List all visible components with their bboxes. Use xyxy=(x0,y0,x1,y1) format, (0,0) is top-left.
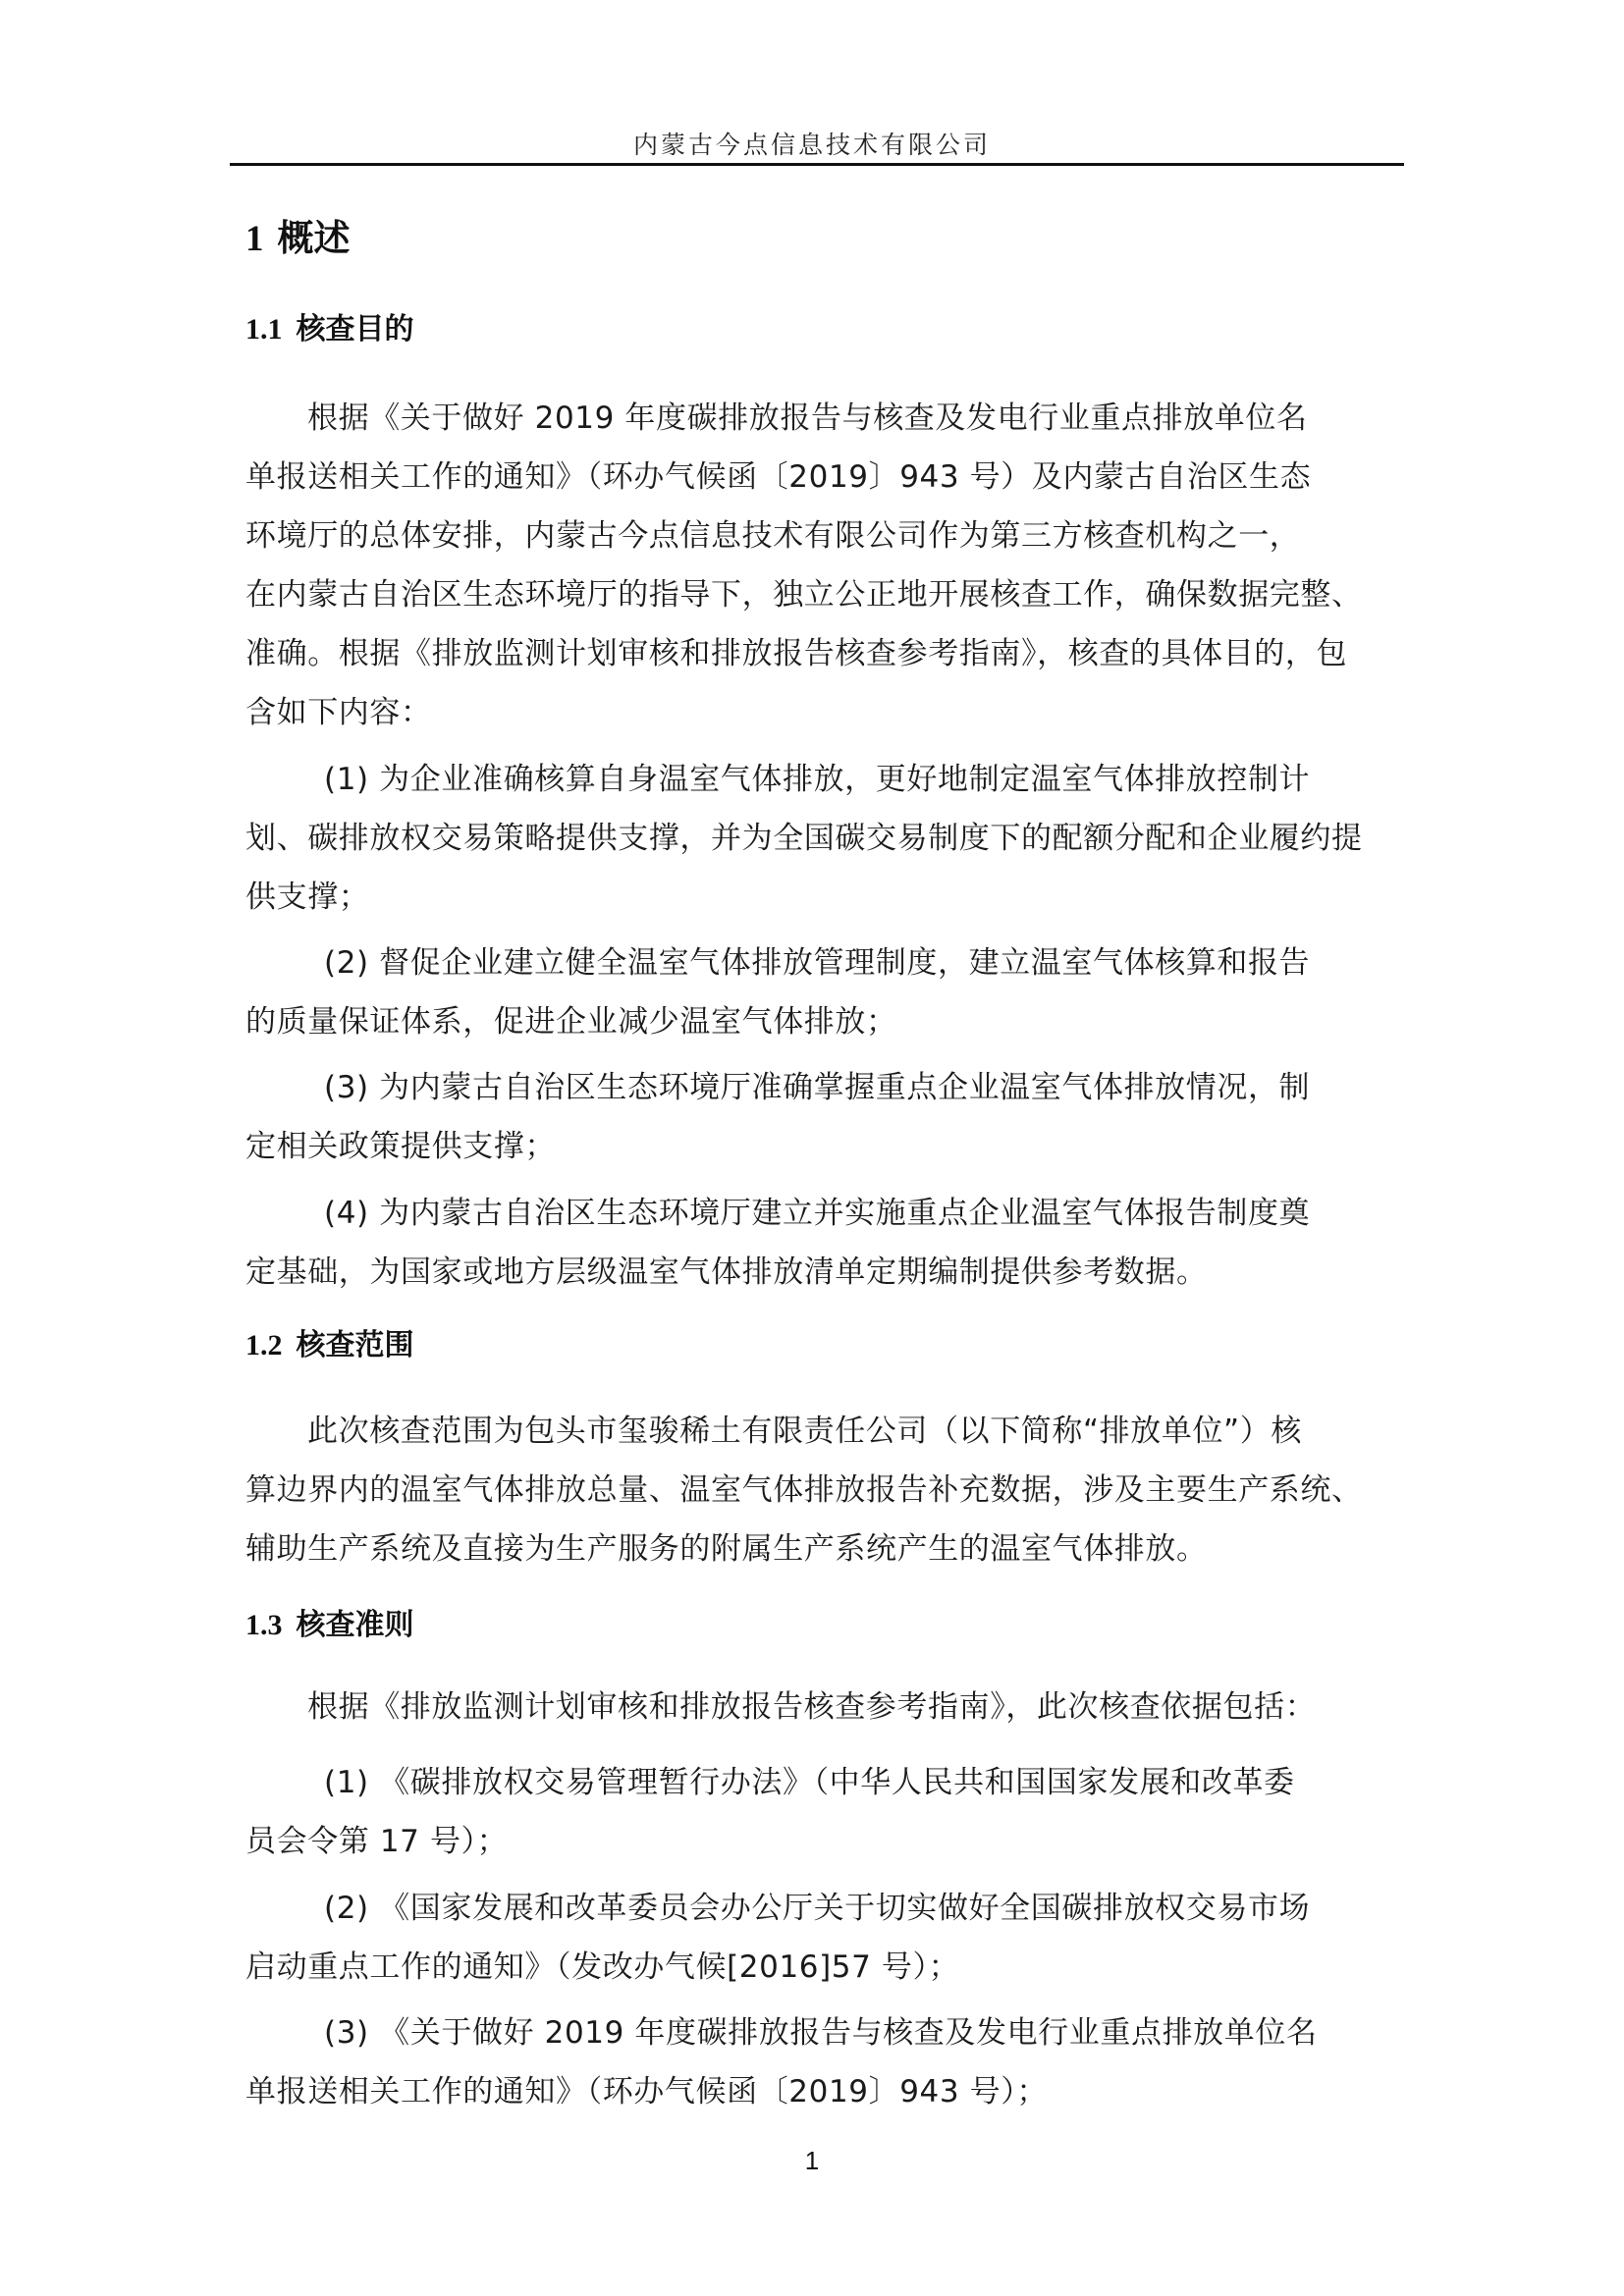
paragraph-line: 环境厅的总体安排，内蒙古今点信息技术有限公司作为第三方核查机构之一， xyxy=(245,510,1300,555)
page-number: 1 xyxy=(0,2146,1624,2176)
header-divider xyxy=(230,163,1404,166)
subsection-heading-1-3: 1.3核查准则 xyxy=(245,1600,414,1643)
paragraph-line: 单报送相关工作的通知》（环办气候函〔2019〕943 号）及内蒙古自治区生态 xyxy=(245,452,1311,496)
paragraph-line: 在内蒙古自治区生态环境厅的指导下，独立公正地开展核查工作，确保数据完整、 xyxy=(245,569,1363,614)
list-item-line: 定相关政策提供支撑； xyxy=(245,1121,556,1165)
subsection-heading-1-1: 1.1核查目的 xyxy=(245,304,414,347)
list-item-line: 供支撑； xyxy=(245,872,369,916)
paragraph-line: 根据《排放监测计划审核和排放报告核查参考指南》，此次核查依据包括： xyxy=(307,1682,1316,1726)
list-item-line: 划、碳排放权交易策略提供支撑，并为全国碳交易制度下的配额分配和企业履约提 xyxy=(245,813,1363,857)
section-heading-1: 1概述 xyxy=(245,208,351,261)
list-item-line: (1) 《碳排放权交易管理暂行办法》（中华人民共和国国家发展和改革委 xyxy=(324,1757,1295,1801)
paragraph-line: 辅助生产系统及直接为生产服务的附属生产系统产生的温室气体排放。 xyxy=(245,1523,1208,1568)
list-item-line: (1) 为企业准确核算自身温室气体排放，更好地制定温室气体排放控制计 xyxy=(324,754,1310,798)
paragraph-line: 含如下内容： xyxy=(245,687,432,731)
document-page: 内蒙古今点信息技术有限公司 1概述 1.1核查目的 根据《关于做好 2019 年… xyxy=(0,0,1624,2296)
subsection-title: 核查目的 xyxy=(297,312,414,347)
subsection-number: 1.2 xyxy=(245,1329,283,1362)
section-number: 1 xyxy=(245,219,264,259)
list-item-line: 的质量保证体系，促进企业减少温室气体排放； xyxy=(245,996,897,1041)
paragraph-line: 根据《关于做好 2019 年度碳排放报告与核查及发电行业重点排放单位名 xyxy=(307,393,1308,437)
list-item-line: (3) 《关于做好 2019 年度碳排放报告与核查及发电行业重点排放单位名 xyxy=(324,2007,1318,2052)
list-item-line: 员会令第 17 号）； xyxy=(245,1816,508,1860)
running-header: 内蒙古今点信息技术有限公司 xyxy=(0,126,1624,161)
subsection-heading-1-2: 1.2核查范围 xyxy=(245,1320,414,1363)
paragraph-line: 准确。根据《排放监测计划审核和排放报告核查参考指南》，核查的具体目的，包 xyxy=(245,628,1347,672)
subsection-number: 1.1 xyxy=(245,313,283,346)
list-item-line: (3) 为内蒙古自治区生态环境厅准确掌握重点企业温室气体排放情况，制 xyxy=(324,1062,1310,1106)
list-item-line: 定基础，为国家或地方层级温室气体排放清单定期编制提供参考数据。 xyxy=(245,1247,1208,1291)
section-title: 概述 xyxy=(278,217,351,259)
subsection-title: 核查范围 xyxy=(297,1328,414,1362)
paragraph-line: 算边界内的温室气体排放总量、温室气体排放报告补充数据，涉及主要生产系统、 xyxy=(245,1465,1363,1509)
subsection-number: 1.3 xyxy=(245,1609,283,1641)
list-item-line: 启动重点工作的通知》（发改办气候[2016]57 号）； xyxy=(245,1942,959,1986)
list-item-line: (2) 督促企业建立健全温室气体排放管理制度，建立温室气体核算和报告 xyxy=(324,937,1310,982)
list-item-line: (2) 《国家发展和改革委员会办公厅关于切实做好全国碳排放权交易市场 xyxy=(324,1883,1310,1927)
subsection-title: 核查准则 xyxy=(297,1608,414,1642)
paragraph-line: 此次核查范围为包头市玺骏稀土有限责任公司（以下简称“排放单位”）核 xyxy=(307,1406,1302,1450)
list-item-line: (4) 为内蒙古自治区生态环境厅建立并实施重点企业温室气体报告制度奠 xyxy=(324,1188,1310,1232)
list-item-line: 单报送相关工作的通知》（环办气候函〔2019〕943 号）； xyxy=(245,2066,1048,2110)
